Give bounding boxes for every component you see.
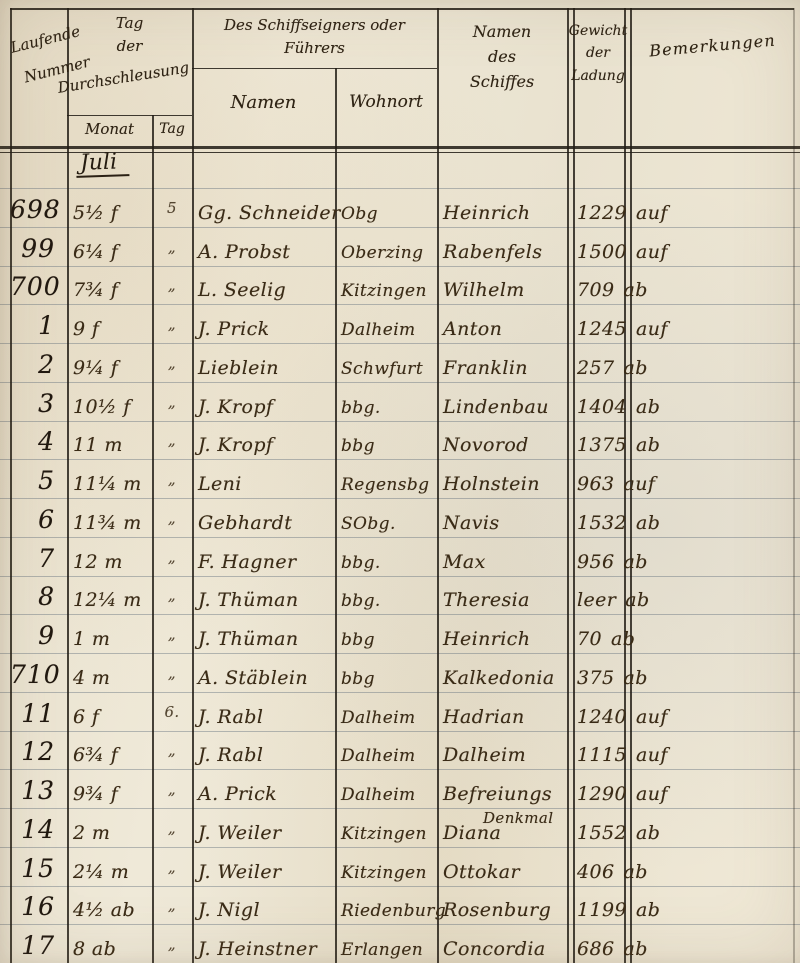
cell-schiffer-name: J. Prick <box>192 318 335 343</box>
cell-bemerkungen <box>630 921 790 924</box>
ladung-gewicht: 686 <box>577 938 614 960</box>
schiffsname-line1: Theresia <box>443 589 530 611</box>
cell-monat-zeit: 8 ab <box>67 938 152 963</box>
cell-monat-zeit: 4½ ab <box>67 899 152 924</box>
cell-schiffer-name: J. Rabl <box>192 744 335 769</box>
cell-wohnort: Regensbg <box>335 475 437 498</box>
ledger-row: 12 6¾ f „ J. Rabl Dalheim Dalheim 1115au… <box>10 731 800 770</box>
cell-bemerkungen <box>630 379 790 382</box>
cell-schiffer-name: A. Probst <box>192 241 335 266</box>
header-schiff-line1: Namen <box>473 22 531 41</box>
cell-wohnort: Kitzingen <box>335 863 437 886</box>
schiffsname-line1: Concordia <box>443 938 546 960</box>
column-header-tag: Tag <box>152 121 192 137</box>
cell-bemerkungen <box>630 728 790 731</box>
cell-laufende-nummer: 11 <box>10 699 67 731</box>
ladung-richtung: ab <box>636 396 660 418</box>
cell-ladung: leerab <box>567 589 630 614</box>
cell-laufende-nummer: 16 <box>10 892 67 924</box>
schiffsname-line1: Rosenburg <box>443 899 551 921</box>
cell-wohnort: Schwfurt <box>335 359 437 382</box>
cell-bemerkungen <box>630 340 790 343</box>
ledger-row: 16 4½ ab „ J. Nigl Riedenburg Rosenburg … <box>10 886 800 925</box>
ledger-row: 1 9 f „ J. Prick Dalheim Anton 1245auf <box>10 304 800 343</box>
header-durch-line3: Durchschleusung <box>56 56 191 100</box>
cell-laufende-nummer: 6 <box>10 505 67 537</box>
ledger-row: 5 11¼ m „ Leni Regensbg Holnstein 963auf <box>10 459 800 498</box>
cell-tag: „ <box>152 819 192 847</box>
cell-ladung: 406ab <box>567 861 630 886</box>
ladung-gewicht: 70 <box>577 628 602 650</box>
subheader-rule-namen-wohnort <box>192 68 437 69</box>
schiffsname-line1: Kalkedonia <box>443 667 555 689</box>
cell-ladung: 70ab <box>567 628 630 653</box>
cell-bemerkungen <box>630 805 790 808</box>
schiffsname-line1: Holnstein <box>443 473 540 495</box>
ladung-gewicht: 963 <box>577 473 614 495</box>
cell-monat-zeit: 12¼ m <box>67 589 152 614</box>
cell-monat-zeit: 6 f <box>67 706 152 731</box>
cell-wohnort: Oberzing <box>335 243 437 266</box>
cell-bemerkungen <box>630 263 790 266</box>
ledger-row: 700 7¾ f „ L. Seelig Kitzingen Wilhelm 7… <box>10 266 800 305</box>
cell-laufende-nummer: 13 <box>10 776 67 808</box>
cell-monat-zeit: 9 f <box>67 318 152 343</box>
header-gewicht-line3: Ladung <box>571 68 625 84</box>
cell-bemerkungen <box>630 573 790 576</box>
ladung-gewicht: 1240 <box>577 706 627 728</box>
ledger-row: 8 12¼ m „ J. Thüman bbg. Theresia leerab <box>10 576 800 615</box>
cell-ladung: 1375ab <box>567 434 630 459</box>
cell-schiffsname: Theresia <box>437 589 567 614</box>
cell-wohnort: Dalheim <box>335 320 437 343</box>
ledger-row: 17 8 ab „ J. Heinstner Erlangen Concordi… <box>10 924 800 963</box>
cell-tag: „ <box>152 858 192 886</box>
cell-tag: „ <box>152 664 192 692</box>
cell-monat-zeit: 9¾ f <box>67 783 152 808</box>
ledger-row: 698 5½ f 5 Gg. Schneider Obg Heinrich 12… <box>10 188 800 227</box>
schiffsname-line1: Franklin <box>443 357 528 379</box>
ladung-gewicht: 406 <box>577 861 614 883</box>
cell-wohnort: bbg. <box>335 591 437 614</box>
ladung-gewicht: 1199 <box>577 899 627 921</box>
cell-schiffsname: Heinrich <box>437 628 567 653</box>
cell-monat-zeit: 6¾ f <box>67 744 152 769</box>
ladung-gewicht: 1245 <box>577 318 627 340</box>
cell-laufende-nummer: 3 <box>10 389 67 421</box>
column-header-bemerkungen: Bemerkungen <box>629 29 795 62</box>
cell-schiffsname: Concordia <box>437 938 567 963</box>
cell-tag: „ <box>152 509 192 537</box>
cell-wohnort: Dalheim <box>335 746 437 769</box>
cell-monat-zeit: 5½ f <box>67 202 152 227</box>
ladung-gewicht: leer <box>577 589 616 611</box>
schiffsname-line1: Diana <box>443 822 501 844</box>
ladung-richtung: auf <box>636 202 668 224</box>
cell-tag: „ <box>152 586 192 614</box>
cell-schiffer-name: Lieblein <box>192 357 335 382</box>
header-schiff-line3: Schiffes <box>470 72 534 91</box>
cell-tag: „ <box>152 896 192 924</box>
subheader-rule-monat-tag <box>67 115 192 116</box>
ladung-gewicht: 1229 <box>577 202 627 224</box>
ledger-row: 14 2 m „ J. Weiler Kitzingen Diana 1552a… <box>10 808 800 847</box>
cell-schiffsname: Holnstein <box>437 473 567 498</box>
cell-tag: „ <box>152 741 192 769</box>
ladung-gewicht: 1500 <box>577 241 627 263</box>
cell-schiffsname: Novorod <box>437 434 567 459</box>
column-header-schiffseigner: Des Schiffseigners oder Führers <box>192 14 437 59</box>
cell-bemerkungen <box>630 844 790 847</box>
column-header-monat: Monat <box>67 120 152 138</box>
cell-monat-zeit: 6¼ f <box>67 241 152 266</box>
cell-laufende-nummer: 17 <box>10 931 67 963</box>
cell-tag: „ <box>152 238 192 266</box>
ladung-richtung: ab <box>636 822 660 844</box>
ledger-row: 9 1 m „ J. Thüman bbg Heinrich 70ab <box>10 614 800 653</box>
cell-schiffsname: Rosenburg <box>437 899 567 924</box>
ledger-row: 4 11 m „ J. Kropf bbg Novorod 1375ab <box>10 421 800 460</box>
ladung-richtung: auf <box>636 241 668 263</box>
cell-wohnort: bbg <box>335 436 437 459</box>
ledger-row: 11 6 f 6. J. Rabl Dalheim Hadrian 1240au… <box>10 692 800 731</box>
cell-wohnort: bbg <box>335 669 437 692</box>
cell-laufende-nummer: 99 <box>10 234 67 266</box>
cell-bemerkungen <box>630 766 790 769</box>
cell-bemerkungen <box>630 495 790 498</box>
cell-bemerkungen <box>630 456 790 459</box>
cell-ladung: 1245auf <box>567 318 630 343</box>
cell-bemerkungen <box>630 534 790 537</box>
cell-schiffsname: Franklin <box>437 357 567 382</box>
cell-tag: 5 <box>152 199 192 227</box>
cell-schiffsname: Navis <box>437 512 567 537</box>
cell-bemerkungen <box>630 883 790 886</box>
cell-ladung: 1240auf <box>567 706 630 731</box>
ledger-row: 7 12 m „ F. Hagner bbg. Max 956ab <box>10 537 800 576</box>
cell-schiffer-name: J. Kropf <box>192 396 335 421</box>
cell-schiffsname: Dalheim <box>437 744 567 769</box>
cell-wohnort: Kitzingen <box>335 281 437 304</box>
ladung-richtung: ab <box>623 938 647 960</box>
cell-ladung: 1229auf <box>567 202 630 227</box>
cell-monat-zeit: 7¾ f <box>67 279 152 304</box>
cell-laufende-nummer: 710 <box>10 660 67 692</box>
header-bottom-rule-thick <box>0 146 800 149</box>
ladung-richtung: ab <box>636 899 660 921</box>
cell-schiffsname: Max <box>437 551 567 576</box>
schiffsname-line1: Novorod <box>443 434 529 456</box>
schiffsname-line1: Dalheim <box>443 744 526 766</box>
cell-schiffer-name: J. Kropf <box>192 434 335 459</box>
ladung-richtung: ab <box>636 434 660 456</box>
cell-monat-zeit: 11 m <box>67 434 152 459</box>
cell-ladung: 1115auf <box>567 744 630 769</box>
cell-laufende-nummer: 4 <box>10 427 67 459</box>
cell-monat-zeit: 2 m <box>67 822 152 847</box>
cell-schiffer-name: Gg. Schneider <box>192 202 335 227</box>
cell-schiffsname: Kalkedonia <box>437 667 567 692</box>
ladung-richtung: ab <box>636 512 660 534</box>
column-header-durchschleusung: Tag der Durchschleusung <box>67 12 192 88</box>
cell-monat-zeit: 12 m <box>67 551 152 576</box>
cell-tag: „ <box>152 354 192 382</box>
cell-laufende-nummer: 700 <box>10 272 67 304</box>
cell-wohnort: Riedenburg <box>335 901 437 924</box>
month-label: Juli <box>76 149 130 178</box>
cell-monat-zeit: 2¼ m <box>67 861 152 886</box>
cell-wohnort: bbg. <box>335 398 437 421</box>
cell-bemerkungen <box>630 418 790 421</box>
cell-wohnort: bbg. <box>335 553 437 576</box>
ledger-rows: 698 5½ f 5 Gg. Schneider Obg Heinrich 12… <box>10 188 800 963</box>
header-durch-line1: Tag <box>116 14 143 32</box>
cell-schiffer-name: J. Nigl <box>192 899 335 924</box>
column-header-schiffsname: Namen des Schiffes <box>437 20 567 94</box>
cell-ladung: 963auf <box>567 473 630 498</box>
cell-tag: 6. <box>152 703 192 731</box>
cell-schiffsname: Ottokar <box>437 861 567 886</box>
header-durch-line2: der <box>117 37 143 55</box>
schiffsname-line1: Befreiungs <box>443 783 552 805</box>
ladung-richtung: auf <box>636 318 668 340</box>
cell-ladung: 1500auf <box>567 241 630 266</box>
cell-tag: „ <box>152 780 192 808</box>
cell-laufende-nummer: 12 <box>10 737 67 769</box>
cell-schiffer-name: A. Stäblein <box>192 667 335 692</box>
cell-schiffsname: Wilhelm <box>437 279 567 304</box>
cell-laufende-nummer: 7 <box>10 544 67 576</box>
schiffsname-line1: Wilhelm <box>443 279 525 301</box>
header-gewicht-line2: der <box>586 45 610 61</box>
cell-monat-zeit: 11¼ m <box>67 473 152 498</box>
header-eigner-line2: Führers <box>284 39 345 57</box>
cell-laufende-nummer: 2 <box>10 350 67 382</box>
header-gewicht-line1: Gewicht <box>569 23 627 39</box>
cell-schiffsname: Hadrian <box>437 706 567 731</box>
cell-schiffer-name: Leni <box>192 473 335 498</box>
ladung-richtung: ab <box>623 551 647 573</box>
cell-schiffer-name: J. Weiler <box>192 861 335 886</box>
cell-schiffsname: Diana <box>437 822 567 847</box>
ladung-richtung: ab <box>623 357 647 379</box>
schiffsname-line1: Rabenfels <box>443 241 542 263</box>
cell-bemerkungen <box>630 301 790 304</box>
ledger-page: Laufende Nummer Tag der Durchschleusung … <box>0 0 800 963</box>
ladung-gewicht: 1404 <box>577 396 627 418</box>
cell-schiffer-name: Gebhardt <box>192 512 335 537</box>
ladung-richtung: auf <box>636 744 668 766</box>
schiffsname-line1: Anton <box>443 318 502 340</box>
cell-schiffsname: Lindenbau <box>437 396 567 421</box>
ladung-gewicht: 1552 <box>577 822 627 844</box>
ladung-richtung: ab <box>623 279 647 301</box>
cell-schiffsname: Befreiungs Denkmal <box>437 783 567 808</box>
cell-wohnort: Kitzingen <box>335 824 437 847</box>
ledger-row: 15 2¼ m „ J. Weiler Kitzingen Ottokar 40… <box>10 847 800 886</box>
ledger-row: 710 4 m „ A. Stäblein bbg Kalkedonia 375… <box>10 653 800 692</box>
cell-tag: „ <box>152 315 192 343</box>
cell-wohnort: bbg <box>335 630 437 653</box>
cell-monat-zeit: 9¼ f <box>67 357 152 382</box>
cell-tag: „ <box>152 276 192 304</box>
column-header-wohnort: Wohnort <box>335 92 437 112</box>
ladung-gewicht: 1290 <box>577 783 627 805</box>
cell-schiffer-name: J. Heinstner <box>192 938 335 963</box>
schiffsname-line1: Heinrich <box>443 628 530 650</box>
schiffsname-line1: Heinrich <box>443 202 530 224</box>
cell-schiffer-name: L. Seelig <box>192 279 335 304</box>
ledger-row: 2 9¼ f „ Lieblein Schwfurt Franklin 257a… <box>10 343 800 382</box>
cell-wohnort: Obg <box>335 204 437 227</box>
cell-tag: „ <box>152 548 192 576</box>
ladung-gewicht: 1375 <box>577 434 627 456</box>
cell-laufende-nummer: 5 <box>10 466 67 498</box>
cell-schiffer-name: F. Hagner <box>192 551 335 576</box>
cell-monat-zeit: 1 m <box>67 628 152 653</box>
cell-wohnort: Dalheim <box>335 708 437 731</box>
cell-bemerkungen <box>630 689 790 692</box>
cell-monat-zeit: 10½ f <box>67 396 152 421</box>
column-header-gewicht: Gewicht der Ladung <box>560 20 636 87</box>
column-header-namen: Namen <box>192 92 335 113</box>
cell-tag: „ <box>152 393 192 421</box>
ladung-gewicht: 375 <box>577 667 614 689</box>
header-eigner-line1: Des Schiffseigners oder <box>224 16 405 34</box>
cell-schiffer-name: J. Thüman <box>192 589 335 614</box>
cell-wohnort: Dalheim <box>335 785 437 808</box>
cell-wohnort: Erlangen <box>335 940 437 963</box>
ladung-gewicht: 956 <box>577 551 614 573</box>
cell-laufende-nummer: 1 <box>10 311 67 343</box>
cell-bemerkungen <box>630 224 790 227</box>
cell-ladung: 1199ab <box>567 899 630 924</box>
cell-schiffer-name: A. Prick <box>192 783 335 808</box>
cell-ladung: 709ab <box>567 279 630 304</box>
ladung-richtung: auf <box>636 783 668 805</box>
ladung-richtung: auf <box>636 706 668 728</box>
schiffsname-line1: Max <box>443 551 486 573</box>
cell-ladung: 686ab <box>567 938 630 963</box>
ledger-row: 99 6¼ f „ A. Probst Oberzing Rabenfels 1… <box>10 227 800 266</box>
cell-tag: „ <box>152 625 192 653</box>
ladung-gewicht: 1115 <box>577 744 627 766</box>
cell-ladung: 1404ab <box>567 396 630 421</box>
cell-laufende-nummer: 8 <box>10 582 67 614</box>
cell-ladung: 375ab <box>567 667 630 692</box>
header-schiff-line2: des <box>488 47 516 66</box>
ladung-richtung: ab <box>625 589 649 611</box>
ladung-richtung: ab <box>611 628 635 650</box>
table-top-border <box>10 8 794 10</box>
schiffsname-line1: Ottokar <box>443 861 520 883</box>
schiffsname-line1: Lindenbau <box>443 396 549 418</box>
cell-laufende-nummer: 14 <box>10 815 67 847</box>
cell-schiffsname: Heinrich <box>437 202 567 227</box>
cell-bemerkungen <box>630 611 790 614</box>
ladung-gewicht: 709 <box>577 279 614 301</box>
cell-laufende-nummer: 15 <box>10 854 67 886</box>
cell-schiffer-name: J. Rabl <box>192 706 335 731</box>
cell-ladung: 1290auf <box>567 783 630 808</box>
ladung-gewicht: 257 <box>577 357 614 379</box>
schiffsname-line1: Navis <box>443 512 500 534</box>
cell-tag: „ <box>152 470 192 498</box>
ledger-row: 13 9¾ f „ A. Prick Dalheim Befreiungs De… <box>10 769 800 808</box>
cell-schiffer-name: J. Thüman <box>192 628 335 653</box>
cell-laufende-nummer: 9 <box>10 621 67 653</box>
cell-schiffsname: Anton <box>437 318 567 343</box>
ladung-richtung: ab <box>623 667 647 689</box>
cell-bemerkungen <box>630 650 790 653</box>
ladung-richtung: ab <box>623 861 647 883</box>
cell-monat-zeit: 4 m <box>67 667 152 692</box>
schiffsname-line1: Hadrian <box>443 706 525 728</box>
cell-ladung: 1532ab <box>567 512 630 537</box>
cell-ladung: 956ab <box>567 551 630 576</box>
ledger-row: 3 10½ f „ J. Kropf bbg. Lindenbau 1404ab <box>10 382 800 421</box>
cell-laufende-nummer: 698 <box>10 195 67 227</box>
cell-tag: „ <box>152 935 192 963</box>
cell-ladung: 257ab <box>567 357 630 382</box>
ladung-richtung: auf <box>623 473 655 495</box>
cell-schiffer-name: J. Weiler <box>192 822 335 847</box>
ledger-row: 6 11¾ m „ Gebhardt SObg. Navis 1532ab <box>10 498 800 537</box>
cell-schiffsname: Rabenfels <box>437 241 567 266</box>
cell-ladung: 1552ab <box>567 822 630 847</box>
cell-tag: „ <box>152 431 192 459</box>
ladung-gewicht: 1532 <box>577 512 627 534</box>
cell-monat-zeit: 11¾ m <box>67 512 152 537</box>
cell-wohnort: SObg. <box>335 514 437 537</box>
